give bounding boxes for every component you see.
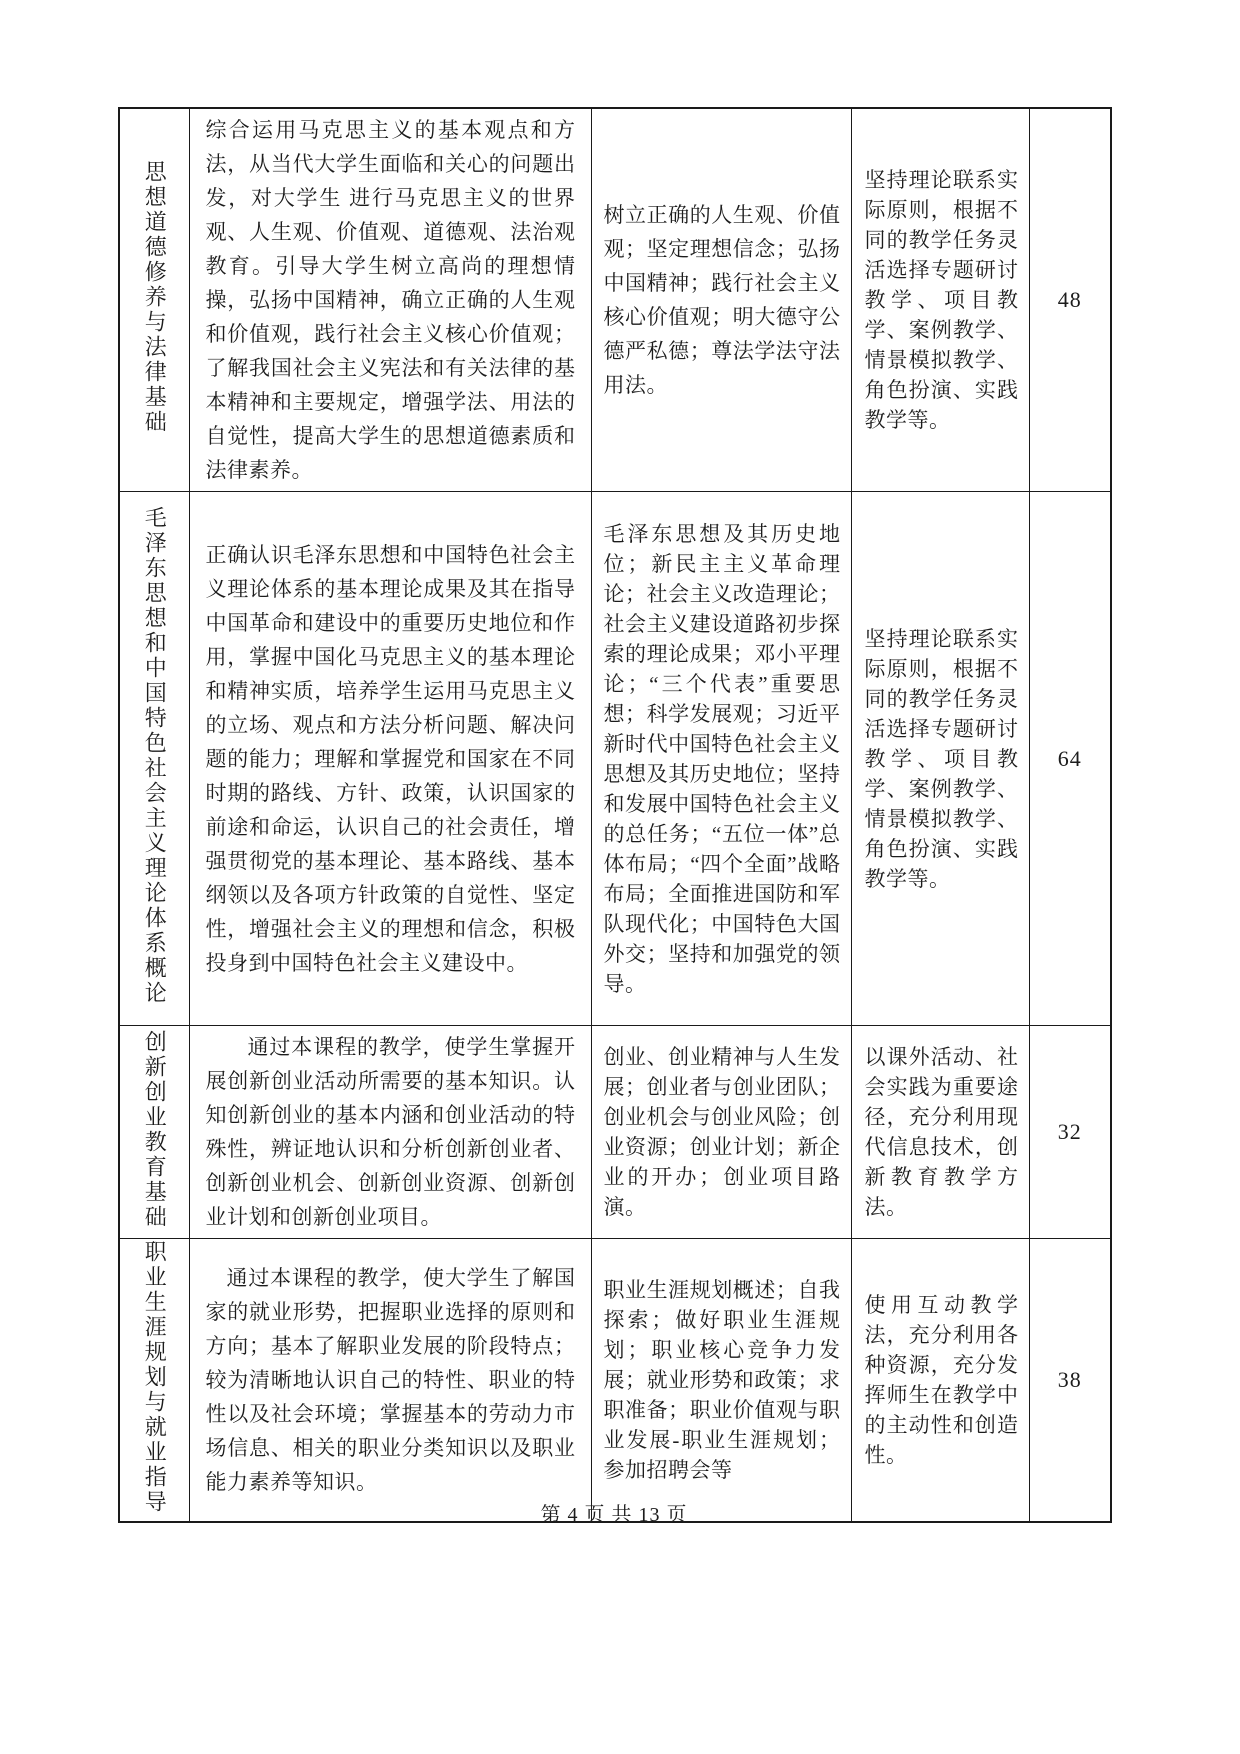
course-description-cell: 通过本课程的教学，使学生掌握开展创新创业活动所需要的基本知识。认知创新创业的基本… [189, 1026, 591, 1239]
table-row: 思想道德修养与法律基础 综合运用马克思主义的基本观点和方法，从当代大学生面临和关… [119, 108, 1111, 492]
table-row: 创新创业教育基础 通过本课程的教学，使学生掌握开展创新创业活动所需要的基本知识。… [119, 1026, 1111, 1239]
course-hours-cell: 38 [1029, 1239, 1111, 1523]
course-description-cell: 综合运用马克思主义的基本观点和方法，从当代大学生面临和关心的问题出发，对大学生 … [189, 108, 591, 492]
course-hours: 32 [1058, 1119, 1082, 1144]
page-number-footer: 第 4 页 共 13 页 [118, 1498, 1110, 1527]
course-name-cell: 思想道德修养与法律基础 [119, 108, 189, 492]
course-content-cell: 树立正确的人生观、价值观；坚定理想信念；弘扬中国精神；践行社会主义核心价值观；明… [591, 108, 851, 492]
course-plan-table: 思想道德修养与法律基础 综合运用马克思主义的基本观点和方法，从当代大学生面临和关… [118, 107, 1112, 1523]
course-name: 创新创业教育基础 [143, 1030, 165, 1230]
course-name-cell: 毛泽东思想和中国特色社会主义理论体系概论 [119, 492, 189, 1026]
table-row: 毛泽东思想和中国特色社会主义理论体系概论 正确认识毛泽东思想和中国特色社会主义理… [119, 492, 1111, 1026]
course-name: 职业生涯规划与就业指导 [143, 1240, 165, 1515]
course-hours: 38 [1058, 1367, 1082, 1392]
course-content: 毛泽东思想及其历史地位；新民主主义革命理论；社会主义改造理论；社会主义建设道路初… [604, 522, 841, 996]
course-name-cell: 创新创业教育基础 [119, 1026, 189, 1239]
course-hours: 48 [1058, 287, 1082, 312]
course-description: 正确认识毛泽东思想和中国特色社会主义理论体系的基本理论成果及其在指导中国革命和建… [206, 543, 576, 975]
teaching-methods: 以课外活动、社会实践为重要途径，充分利用现代信息技术，创新教育教学方法。 [865, 1045, 1019, 1219]
teaching-methods: 坚持理论联系实际原则，根据不同的教学任务灵活选择专题研讨教学、项目教学、案例教学… [865, 627, 1019, 891]
teaching-methods: 使用互动教学法，充分利用各种资源，充分发挥师生在教学中的主动性和创造性。 [865, 1293, 1019, 1467]
table-row: 职业生涯规划与就业指导 通过本课程的教学，使大学生了解国家的就业形势，把握职业选… [119, 1239, 1111, 1523]
teaching-methods-cell: 坚持理论联系实际原则，根据不同的教学任务灵活选择专题研讨教学、项目教学、案例教学… [851, 108, 1029, 492]
course-hours-cell: 64 [1029, 492, 1111, 1026]
document-page: 思想道德修养与法律基础 综合运用马克思主义的基本观点和方法，从当代大学生面临和关… [0, 0, 1240, 1754]
course-content: 树立正确的人生观、价值观；坚定理想信念；弘扬中国精神；践行社会主义核心价值观；明… [604, 203, 841, 397]
course-name-cell: 职业生涯规划与就业指导 [119, 1239, 189, 1523]
course-hours-cell: 32 [1029, 1026, 1111, 1239]
course-hours-cell: 48 [1029, 108, 1111, 492]
course-content: 职业生涯规划概述；自我探索；做好职业生涯规划；职业核心竞争力发展；就业形势和政策… [604, 1278, 841, 1482]
course-description: 综合运用马克思主义的基本观点和方法，从当代大学生面临和关心的问题出发，对大学生 … [206, 118, 576, 482]
course-content-cell: 毛泽东思想及其历史地位；新民主主义革命理论；社会主义改造理论；社会主义建设道路初… [591, 492, 851, 1026]
course-name: 思想道德修养与法律基础 [143, 160, 165, 435]
teaching-methods-cell: 使用互动教学法，充分利用各种资源，充分发挥师生在教学中的主动性和创造性。 [851, 1239, 1029, 1523]
course-description: 通过本课程的教学，使学生掌握开展创新创业活动所需要的基本知识。认知创新创业的基本… [206, 1030, 576, 1234]
course-content: 创业、创业精神与人生发展；创业者与创业团队；创业机会与创业风险；创业资源；创业计… [604, 1045, 841, 1219]
teaching-methods-cell: 坚持理论联系实际原则，根据不同的教学任务灵活选择专题研讨教学、项目教学、案例教学… [851, 492, 1029, 1026]
teaching-methods-cell: 以课外活动、社会实践为重要途径，充分利用现代信息技术，创新教育教学方法。 [851, 1026, 1029, 1239]
course-content-cell: 创业、创业精神与人生发展；创业者与创业团队；创业机会与创业风险；创业资源；创业计… [591, 1026, 851, 1239]
course-name: 毛泽东思想和中国特色社会主义理论体系概论 [143, 506, 165, 1006]
course-description-cell: 正确认识毛泽东思想和中国特色社会主义理论体系的基本理论成果及其在指导中国革命和建… [189, 492, 591, 1026]
course-hours: 64 [1058, 746, 1082, 771]
course-description: 通过本课程的教学，使大学生了解国家的就业形势，把握职业选择的原则和方向；基本了解… [206, 1261, 576, 1499]
course-description-cell: 通过本课程的教学，使大学生了解国家的就业形势，把握职业选择的原则和方向；基本了解… [189, 1239, 591, 1523]
course-content-cell: 职业生涯规划概述；自我探索；做好职业生涯规划；职业核心竞争力发展；就业形势和政策… [591, 1239, 851, 1523]
teaching-methods: 坚持理论联系实际原则，根据不同的教学任务灵活选择专题研讨教学、项目教学、案例教学… [865, 168, 1019, 432]
